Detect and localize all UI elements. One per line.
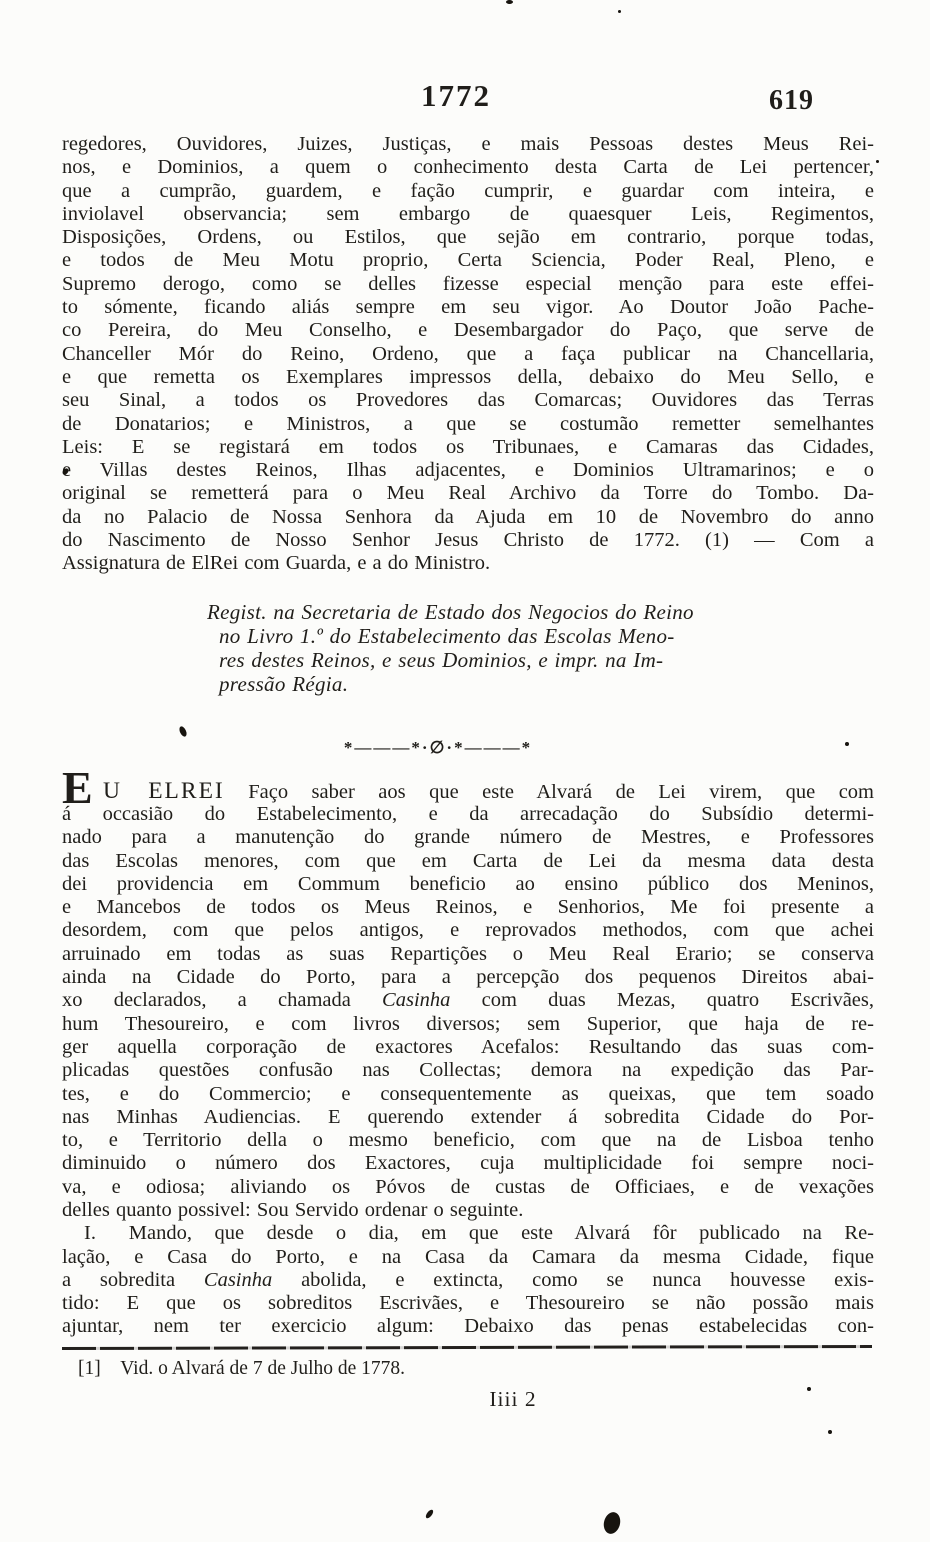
drop-cap-initial: E bbox=[62, 775, 96, 799]
section-divider-ornament: *———*·∅·*———* bbox=[32, 738, 844, 754]
text-line: plicadas questões confusão nas Collectas… bbox=[62, 1059, 874, 1082]
ink-speck bbox=[876, 160, 879, 163]
text-line: to, e Territorio della o mesmo beneficio… bbox=[62, 1129, 874, 1152]
paragraph-3: I. Mando, que desde o dia, em que este A… bbox=[62, 1222, 874, 1338]
text-line: dei providencia em Commum beneficio ao e… bbox=[62, 873, 874, 896]
text-line: de Donatarios; e Ministros, a que se cos… bbox=[62, 413, 874, 436]
text-line: va, e odiosa; aliviando os Póvos de cust… bbox=[62, 1176, 874, 1199]
text-line: Regist. na Secretaria de Estado dos Nego… bbox=[207, 600, 827, 624]
ink-speck bbox=[618, 10, 621, 13]
registration-note: Regist. na Secretaria de Estado dos Nego… bbox=[207, 600, 827, 696]
text-line: nas Minhas Audiencias. E querendo extend… bbox=[62, 1106, 874, 1129]
page-number: 619 bbox=[769, 85, 814, 117]
year-header: 1772 bbox=[50, 78, 862, 114]
text-line: to sómente, ficando aliás sempre em seu … bbox=[62, 296, 874, 319]
text-line: no Livro 1.º do Estabelecimento das Esco… bbox=[207, 624, 827, 648]
footnote: [1] Vid. o Alvará de 7 de Julho de 1778. bbox=[62, 1358, 874, 1382]
ink-speck bbox=[506, 0, 513, 4]
ink-speck bbox=[807, 1387, 811, 1391]
text-line: e que remetta os Exemplares impressos de… bbox=[62, 366, 874, 389]
footnote-separator-rule bbox=[62, 1345, 872, 1350]
text-line: inviolavel observancia; sem embargo de q… bbox=[62, 203, 874, 226]
text-line: da no Palacio de Nossa Senhora da Ajuda … bbox=[62, 506, 874, 529]
text-line: Chanceller Mór do Reino, Ordeno, que a f… bbox=[62, 343, 874, 366]
ink-speck bbox=[424, 1509, 434, 1520]
text-line: Assignatura de ElRei com Guarda, e a do … bbox=[62, 552, 874, 575]
text-line: do Nascimento de Nosso Senhor Jesus Chri… bbox=[62, 529, 874, 552]
paragraph-1: regedores, Ouvidores, Juizes, Justiças, … bbox=[62, 133, 874, 576]
text-line: que a cumprão, guardem, e fação cumprir,… bbox=[62, 180, 874, 203]
text-line: Supremo derogo, como se delles fizesse e… bbox=[62, 273, 874, 296]
text-line: a sobredita Casinha abolida, e extincta,… bbox=[62, 1269, 874, 1292]
ink-speck bbox=[601, 1510, 622, 1535]
text-line: ger aquella corporação de exactores Acef… bbox=[62, 1036, 874, 1059]
text-line: tido: E que os sobreditos Escrivães, e T… bbox=[62, 1292, 874, 1315]
text-line: e Mancebos de todos os Meus Reinos, e Se… bbox=[62, 896, 874, 919]
text-line: nos, e Dominios, a quem o conhecimento d… bbox=[62, 156, 874, 179]
text-line: diminuido o número dos Exactores, cuja m… bbox=[62, 1152, 874, 1175]
paragraph-2: E U ELREI Faço saber aos que este Alvará… bbox=[62, 780, 874, 1223]
text-line: res destes Reinos, e seus Dominios, e im… bbox=[207, 648, 827, 672]
text-line: arruinado em todas as suas Repartições o… bbox=[62, 943, 874, 966]
text-line: lação, e Casa do Porto, e na Casa da Cam… bbox=[62, 1246, 874, 1269]
text-line: regedores, Ouvidores, Juizes, Justiças, … bbox=[62, 133, 874, 156]
text-line: Disposições, Ordens, ou Estilos, que sej… bbox=[62, 226, 874, 249]
text-column: 1772 619 regedores, Ouvidores, Juizes, J… bbox=[62, 78, 874, 1412]
ink-speck bbox=[828, 1430, 832, 1434]
text-line: Leis: E se registará em todos os Tribuna… bbox=[62, 436, 874, 459]
paragraph-2-lines: U ELREI Faço saber aos que este Alvará d… bbox=[62, 780, 874, 1223]
text-line: U ELREI Faço saber aos que este Alvará d… bbox=[103, 780, 874, 803]
text-line: tes, e do Commercio; e consequentemente … bbox=[62, 1083, 874, 1106]
text-line: xo declarados, a chamada Casinha com dua… bbox=[62, 989, 874, 1012]
text-line: das Escolas menores, com que em Carta de… bbox=[62, 850, 874, 873]
text-line: hum Thesoureiro, e com livros diversos; … bbox=[62, 1013, 874, 1036]
text-line: pressão Régia. bbox=[207, 672, 827, 696]
text-line: e todos de Meu Motu proprio, Certa Scien… bbox=[62, 249, 874, 272]
text-line: desordem, com que pelos antigos, e repro… bbox=[62, 919, 874, 942]
scanned-page: 1772 619 regedores, Ouvidores, Juizes, J… bbox=[0, 0, 930, 1542]
text-line: nado para a manutenção do grande número … bbox=[62, 826, 874, 849]
text-line: original se remetterá para o Meu Real Ar… bbox=[62, 482, 874, 505]
text-line: delles quanto possivel: Sou Servido orde… bbox=[62, 1199, 874, 1222]
ink-speck bbox=[845, 742, 849, 746]
text-line: I. Mando, que desde o dia, em que este A… bbox=[62, 1222, 874, 1245]
text-line: e Villas destes Reinos, Ilhas adjacentes… bbox=[62, 459, 874, 482]
text-line: ajuntar, nem ter exercicio algum: Debaix… bbox=[62, 1315, 874, 1338]
text-line: seu Sinal, a todos os Provedores das Com… bbox=[62, 389, 874, 412]
text-line: ainda na Cidade do Porto, para a percepç… bbox=[62, 966, 874, 989]
text-line: á occasião do Estabelecimento, e da arre… bbox=[62, 803, 874, 826]
signature-mark: Iiii 2 bbox=[107, 1387, 919, 1412]
page-header: 1772 619 bbox=[62, 78, 874, 112]
text-line: co Pereira, do Meu Conselho, e Desembarg… bbox=[62, 319, 874, 342]
